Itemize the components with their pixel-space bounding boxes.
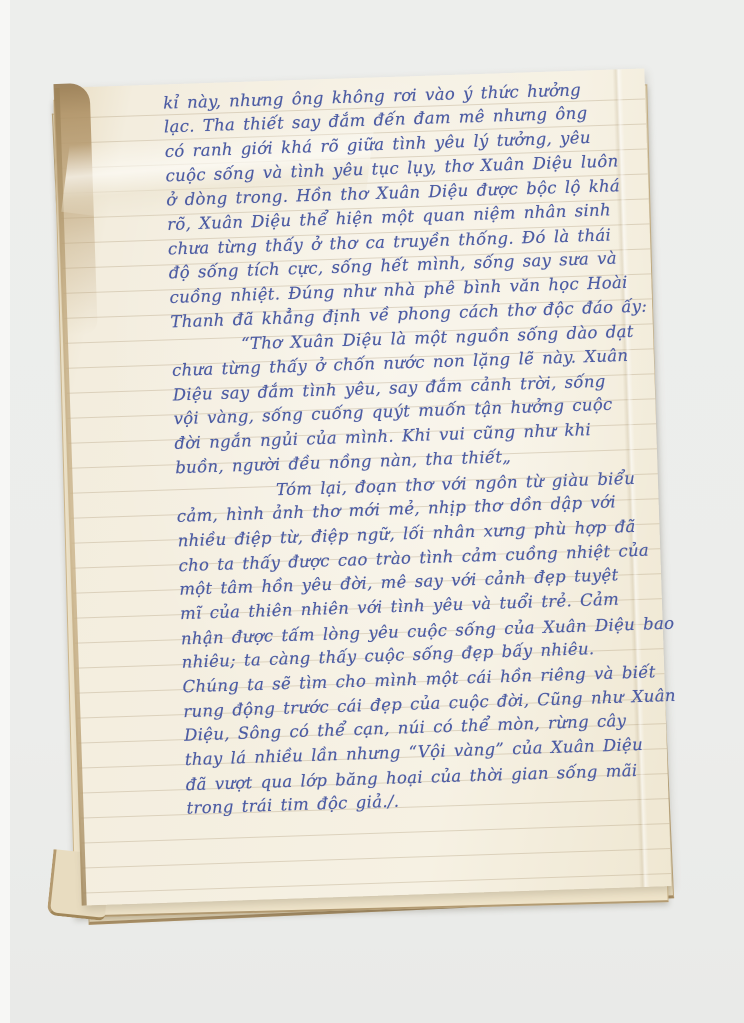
paper-sheet: kỉ này, nhưng ông không rơi vào ý thức h… (57, 68, 672, 905)
handwriting-block: kỉ này, nhưng ông không rơi vào ý thức h… (163, 76, 661, 822)
scanned-document: { "scan": { "background_color": "#ecedeb… (0, 0, 744, 1023)
scanner-edge-strip (0, 0, 10, 1023)
